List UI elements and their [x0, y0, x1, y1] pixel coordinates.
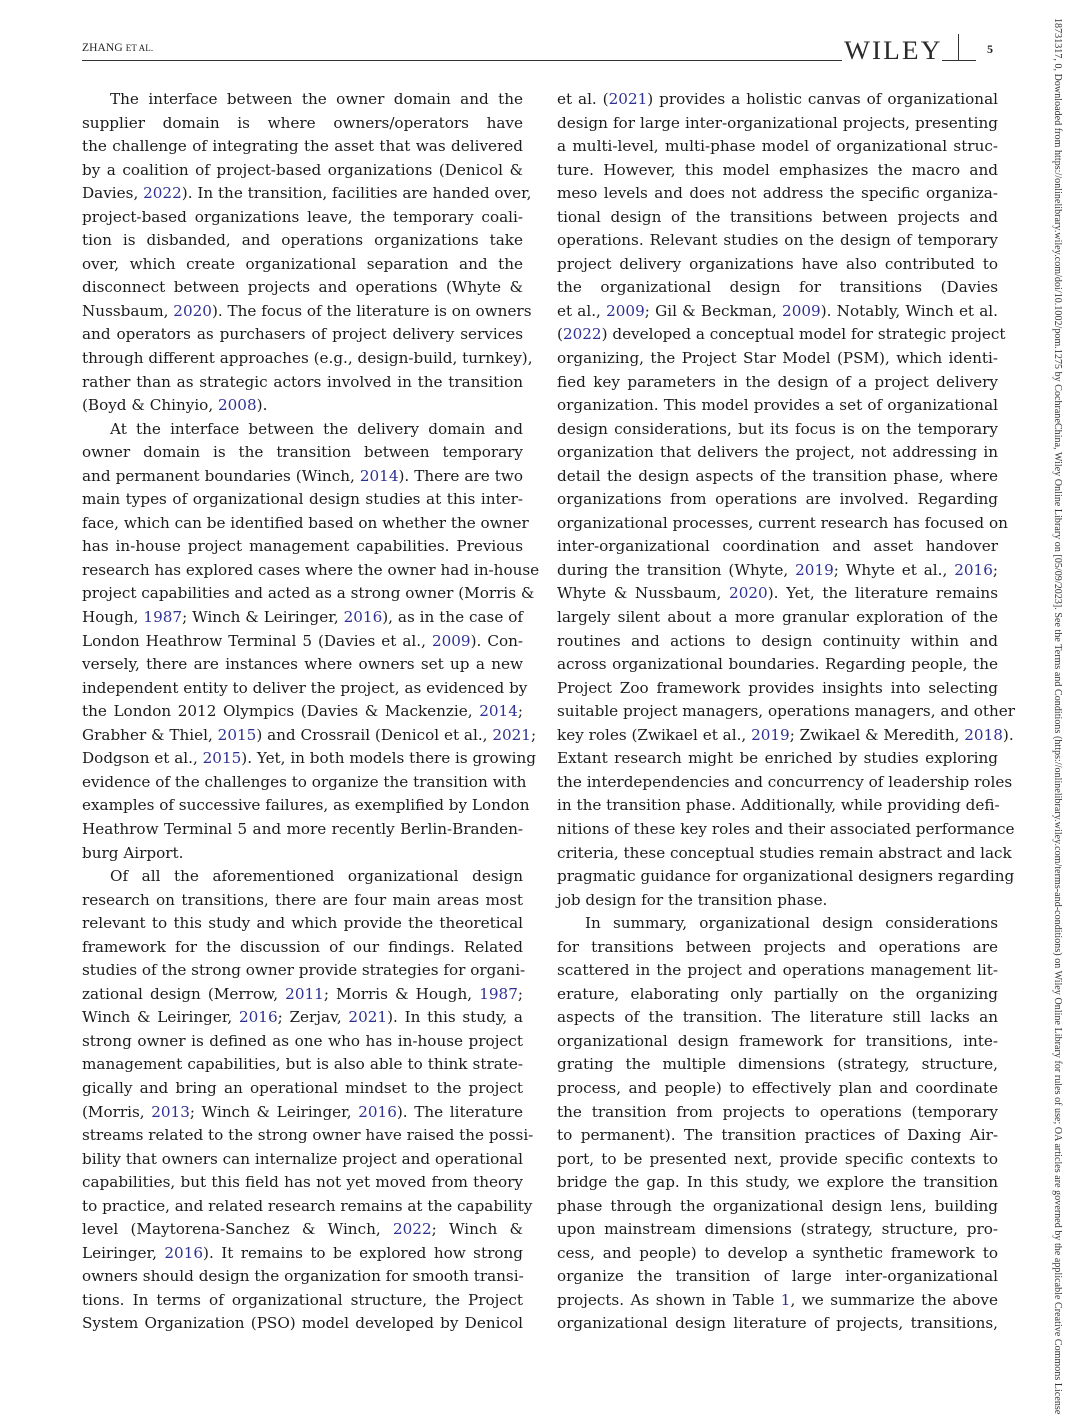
text-line: phase through the organizational design …	[557, 1195, 998, 1219]
text-line: framework for the discussion of our find…	[82, 936, 523, 960]
text-line: largely silent about a more granular exp…	[557, 606, 998, 630]
text-line: meso levels and does not address the spe…	[557, 182, 998, 206]
text-line: rather than as strategic actors involved…	[82, 371, 523, 395]
text-line: the organizational design for transition…	[557, 276, 998, 300]
paragraph: In summary, organizational design consid…	[557, 912, 998, 1336]
text-line: versely, there are instances where owner…	[82, 653, 523, 677]
text-line: tion is disbanded, and operations organi…	[82, 229, 523, 253]
text-line: pragmatic guidance for organizational de…	[557, 865, 998, 889]
text-line: to permanent). The transition practices …	[557, 1124, 998, 1148]
text-line: the transition from projects to operatio…	[557, 1101, 998, 1125]
text-line: Extant research might be enriched by stu…	[557, 747, 998, 771]
text-line: design considerations, but its focus is …	[557, 418, 998, 442]
text-line: detail the design aspects of the transit…	[557, 465, 998, 489]
citation-link[interactable]: 2016	[358, 1103, 397, 1121]
text-line: the challenge of integrating the asset t…	[82, 135, 523, 159]
citation-link[interactable]: 2014	[360, 467, 399, 485]
text-line: during the transition (Whyte, 2019; Whyt…	[557, 559, 998, 583]
text-line: studies of the strong owner provide stra…	[82, 959, 523, 983]
text-line: across organizational boundaries. Regard…	[557, 653, 998, 677]
text-line: for transitions between projects and ope…	[557, 936, 998, 960]
citation-link[interactable]: 1987	[143, 608, 182, 626]
text-line: fied key parameters in the design of a p…	[557, 371, 998, 395]
text-line: process, and people) to effectively plan…	[557, 1077, 998, 1101]
citation-link[interactable]: 2009	[432, 632, 471, 650]
text-line: organizational processes, current resear…	[557, 512, 998, 536]
text-line: cess, and people) to develop a synthetic…	[557, 1242, 998, 1266]
text-line: Heathrow Terminal 5 and more recently Be…	[82, 818, 523, 842]
text-line: evidence of the challenges to organize t…	[82, 771, 523, 795]
text-line: tions. In terms of organizational struct…	[82, 1289, 523, 1313]
text-line: In summary, organizational design consid…	[557, 912, 998, 936]
text-line: face, which can be identified based on w…	[82, 512, 523, 536]
citation-link[interactable]: 2009	[606, 302, 645, 320]
text-line: organizational design literature of proj…	[557, 1312, 998, 1336]
text-line: key roles (Zwikael et al., 2019; Zwikael…	[557, 724, 998, 748]
text-line: (2022) developed a conceptual model for …	[557, 323, 998, 347]
text-line: Hough, 1987; Winch & Leiringer, 2016), a…	[82, 606, 523, 630]
citation-link[interactable]: 2022	[563, 325, 602, 343]
text-line: et al., 2009; Gil & Beckman, 2009). Nota…	[557, 300, 998, 324]
citation-link[interactable]: 2021	[492, 726, 531, 744]
journal-page: ZHANG ET AL. WILEY 5 The interface betwe…	[0, 0, 1080, 1420]
citation-link[interactable]: 2009	[782, 302, 821, 320]
text-line: independent entity to deliver the projec…	[82, 677, 523, 701]
text-line: Project Zoo framework provides insights …	[557, 677, 998, 701]
text-line: the interdependencies and concurrency of…	[557, 771, 998, 795]
text-line: nitions of these key roles and their ass…	[557, 818, 998, 842]
citation-link[interactable]: 2015	[218, 726, 257, 744]
text-line: capabilities, but this field has not yet…	[82, 1171, 523, 1195]
text-line: inter-organizational coordination and as…	[557, 535, 998, 559]
text-line: Whyte & Nussbaum, 2020). Yet, the litera…	[557, 582, 998, 606]
author-suffix: ET AL.	[126, 43, 153, 53]
text-line: organization. This model provides a set …	[557, 394, 998, 418]
text-line: in the transition phase. Additionally, w…	[557, 794, 998, 818]
download-notice-text: 18731317, 0, Downloaded from https://onl…	[1052, 18, 1063, 1414]
wiley-logo: WILEY	[842, 38, 945, 64]
text-line: At the interface between the delivery do…	[82, 418, 523, 442]
text-line: supplier domain is where owners/operator…	[82, 112, 523, 136]
text-line: port, to be presented next, provide spec…	[557, 1148, 998, 1172]
text-line: zational design (Merrow, 2011; Morris & …	[82, 983, 523, 1007]
text-line: operations. Relevant studies on the desi…	[557, 229, 998, 253]
text-line: tional design of the transitions between…	[557, 206, 998, 230]
text-line: a multi-level, multi-phase model of orga…	[557, 135, 998, 159]
page-number: 5	[987, 42, 993, 57]
citation-link[interactable]: 2020	[173, 302, 212, 320]
citation-link[interactable]: 1987	[479, 985, 518, 1003]
citation-link[interactable]: 2021	[348, 1008, 387, 1026]
text-line: research on transitions, there are four …	[82, 889, 523, 913]
text-line: management capabilities, but is also abl…	[82, 1053, 523, 1077]
text-line: bridge the gap. In this study, we explor…	[557, 1171, 998, 1195]
right-column: et al. (2021) provides a holistic canvas…	[557, 88, 998, 1336]
citation-link[interactable]: 2022	[143, 184, 182, 202]
text-line: Leiringer, 2016). It remains to be explo…	[82, 1242, 523, 1266]
text-line: organize the transition of large inter-o…	[557, 1265, 998, 1289]
citation-link[interactable]: 2021	[609, 90, 648, 108]
text-line: Grabher & Thiel, 2015) and Crossrail (De…	[82, 724, 523, 748]
text-line: to practice, and related research remain…	[82, 1195, 523, 1219]
text-line: project delivery organizations have also…	[557, 253, 998, 277]
text-line: London Heathrow Terminal 5 (Davies et al…	[82, 630, 523, 654]
text-line: (Boyd & Chinyio, 2008).	[82, 394, 523, 418]
paragraph: et al. (2021) provides a holistic canvas…	[557, 88, 998, 912]
text-line: by a coalition of project-based organiza…	[82, 159, 523, 183]
paragraph: The interface between the owner domain a…	[82, 88, 523, 418]
text-line: upon mainstream dimensions (strategy, st…	[557, 1218, 998, 1242]
text-line: burg Airport.	[82, 842, 523, 866]
citation-link[interactable]: 2019	[751, 726, 790, 744]
text-line: et al. (2021) provides a holistic canvas…	[557, 88, 998, 112]
text-line: disconnect between projects and operatio…	[82, 276, 523, 300]
text-line: research has explored cases where the ow…	[82, 559, 523, 583]
paragraph: At the interface between the delivery do…	[82, 418, 523, 865]
text-line: Winch & Leiringer, 2016; Zerjav, 2021). …	[82, 1006, 523, 1030]
text-line: routines and actions to design continuit…	[557, 630, 998, 654]
text-line: organizational design framework for tran…	[557, 1030, 998, 1054]
text-line: scattered in the project and operations …	[557, 959, 998, 983]
citation-link[interactable]: 2019	[795, 561, 834, 579]
citation-link[interactable]: 2020	[729, 584, 768, 602]
text-line: project-based organizations leave, the t…	[82, 206, 523, 230]
citation-link[interactable]: 2016	[954, 561, 993, 579]
citation-link[interactable]: 2014	[479, 702, 518, 720]
citation-link[interactable]: 2013	[151, 1103, 190, 1121]
text-line: through different approaches (e.g., desi…	[82, 347, 523, 371]
text-line: Davies, 2022). In the transition, facili…	[82, 182, 523, 206]
citation-link[interactable]: 2016	[344, 608, 383, 626]
text-line: the London 2012 Olympics (Davies & Macke…	[82, 700, 523, 724]
text-line: aspects of the transition. The literatur…	[557, 1006, 998, 1030]
text-line: erature, elaborating only partially on t…	[557, 983, 998, 1007]
text-line: ture. However, this model emphasizes the…	[557, 159, 998, 183]
text-line: design for large inter-organizational pr…	[557, 112, 998, 136]
text-line: streams related to the strong owner have…	[82, 1124, 523, 1148]
text-line: and operators as purchasers of project d…	[82, 323, 523, 347]
text-line: owner domain is the transition between t…	[82, 441, 523, 465]
header-rule	[82, 60, 942, 61]
text-line: suitable project managers, operations ma…	[557, 700, 998, 724]
author-name: ZHANG	[82, 42, 123, 54]
text-line: project capabilities and acted as a stro…	[82, 582, 523, 606]
running-head-author: ZHANG ET AL.	[82, 42, 153, 54]
text-line: level (Maytorena-Sanchez & Winch, 2022; …	[82, 1218, 523, 1242]
text-line: strong owner is defined as one who has i…	[82, 1030, 523, 1054]
citation-link[interactable]: 2016	[239, 1008, 278, 1026]
text-line: gically and bring an operational mindset…	[82, 1077, 523, 1101]
text-line: organizations from operations are involv…	[557, 488, 998, 512]
citation-link[interactable]: 2018	[964, 726, 1003, 744]
text-line: and permanent boundaries (Winch, 2014). …	[82, 465, 523, 489]
text-line: examples of successive failures, as exem…	[82, 794, 523, 818]
text-line: organization that delivers the project, …	[557, 441, 998, 465]
citation-link[interactable]: 2008	[218, 396, 257, 414]
text-line: organizing, the Project Star Model (PSM)…	[557, 347, 998, 371]
text-line: has in-house project management capabili…	[82, 535, 523, 559]
text-line: over, which create organizational separa…	[82, 253, 523, 277]
text-line: bility that owners can internalize proje…	[82, 1148, 523, 1172]
citation-link[interactable]: 2016	[164, 1244, 203, 1262]
download-notice: 18731317, 0, Downloaded from https://onl…	[1052, 18, 1072, 1418]
running-header: ZHANG ET AL. WILEY 5	[82, 38, 998, 62]
citation-link[interactable]: 1	[781, 1291, 791, 1309]
text-line: grating the multiple dimensions (strateg…	[557, 1053, 998, 1077]
paragraph: Of all the aforementioned organizational…	[82, 865, 523, 1336]
citation-link[interactable]: 2022	[393, 1220, 432, 1238]
text-line: criteria, these conceptual studies remai…	[557, 842, 998, 866]
text-line: System Organization (PSO) model develope…	[82, 1312, 523, 1336]
text-line: projects. As shown in Table 1, we summar…	[557, 1289, 998, 1313]
citation-link[interactable]: 2015	[203, 749, 242, 767]
text-line: Of all the aforementioned organizational…	[82, 865, 523, 889]
text-line: Nussbaum, 2020). The focus of the litera…	[82, 300, 523, 324]
text-line: The interface between the owner domain a…	[82, 88, 523, 112]
text-line: Dodgson et al., 2015). Yet, in both mode…	[82, 747, 523, 771]
header-rule-end	[942, 60, 976, 61]
header-tick	[958, 34, 959, 60]
citation-link[interactable]: 2011	[285, 985, 324, 1003]
text-line: owners should design the organization fo…	[82, 1265, 523, 1289]
left-column: The interface between the owner domain a…	[82, 88, 523, 1336]
text-line: job design for the transition phase.	[557, 889, 998, 913]
text-line: (Morris, 2013; Winch & Leiringer, 2016).…	[82, 1101, 523, 1125]
text-line: relevant to this study and which provide…	[82, 912, 523, 936]
text-line: main types of organizational design stud…	[82, 488, 523, 512]
